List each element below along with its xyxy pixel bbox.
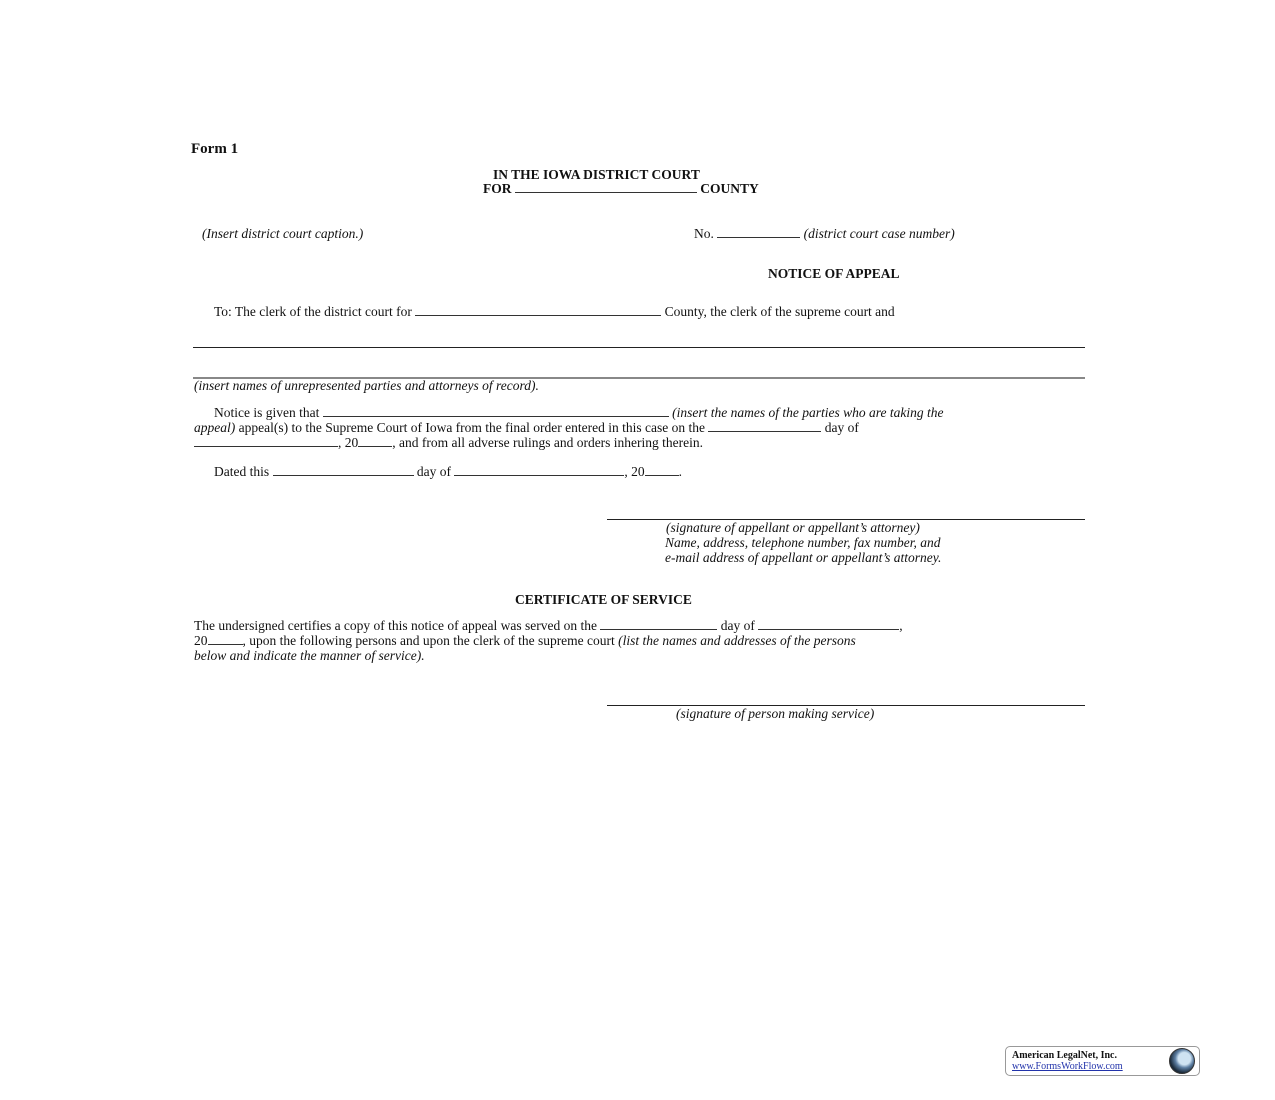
certificate-line-1: The undersigned certifies a copy of this… bbox=[194, 618, 903, 633]
court-heading: IN THE IOWA DISTRICT COURT bbox=[493, 167, 700, 182]
appealing-parties-hint: (insert the names of the parties who are… bbox=[672, 405, 943, 420]
service-year-field[interactable] bbox=[208, 633, 243, 645]
logo-url-link[interactable]: www.FormsWorkFlow.com bbox=[1012, 1061, 1123, 1072]
to-prefix: To: The clerk of the district court for bbox=[214, 304, 412, 319]
appellant-signature-hint: (signature of appellant or appellant’s a… bbox=[666, 520, 920, 535]
dated-day-field[interactable] bbox=[273, 464, 414, 476]
notice-line-3: , 20, and from all adverse rulings and o… bbox=[194, 435, 703, 450]
county-heading: FOR COUNTY bbox=[483, 181, 759, 196]
notice-body: appeal(s) to the Supreme Court of Iowa f… bbox=[239, 420, 705, 435]
dated-prefix: Dated this bbox=[214, 464, 269, 479]
notice-tail: , and from all adverse rulings and order… bbox=[392, 435, 703, 450]
service-month-field[interactable] bbox=[758, 618, 899, 630]
certificate-title: CERTIFICATE OF SERVICE bbox=[515, 592, 692, 607]
certificate-line-2: 20, upon the following persons and upon … bbox=[194, 633, 856, 648]
county-name-field[interactable] bbox=[515, 181, 697, 193]
service-day-of: day of bbox=[721, 618, 755, 633]
dated-year-prefix: , 20 bbox=[624, 464, 644, 479]
notice-prefix: Notice is given that bbox=[214, 405, 319, 420]
order-year-field[interactable] bbox=[358, 435, 392, 447]
to-line: To: The clerk of the district court for … bbox=[214, 304, 895, 319]
service-year-prefix: 20 bbox=[194, 633, 208, 648]
appellant-contact-hint-1: Name, address, telephone number, fax num… bbox=[665, 535, 940, 550]
parties-hint: (insert names of unrepresented parties a… bbox=[194, 378, 539, 393]
dated-day-of: day of bbox=[417, 464, 451, 479]
caption-hint: (Insert district court caption.) bbox=[202, 226, 363, 241]
order-day-of: day of bbox=[825, 420, 859, 435]
service-signature-hint: (signature of person making service) bbox=[676, 706, 874, 721]
notice-line-1: Notice is given that (insert the names o… bbox=[214, 405, 1086, 420]
county-suffix: COUNTY bbox=[700, 181, 759, 196]
order-year-prefix: , 20 bbox=[338, 435, 358, 450]
dated-end: . bbox=[679, 464, 682, 479]
service-day-field[interactable] bbox=[600, 618, 717, 630]
certificate-hint-1: (list the names and addresses of the per… bbox=[618, 633, 856, 648]
dated-year-field[interactable] bbox=[645, 464, 679, 476]
order-day-field[interactable] bbox=[708, 420, 821, 432]
logo-company-name: American LegalNet, Inc. bbox=[1012, 1050, 1117, 1061]
service-comma: , bbox=[899, 618, 902, 633]
case-number-row: No. (district court case number) bbox=[694, 226, 955, 241]
form-label: Form 1 bbox=[191, 141, 238, 158]
case-number-label: No. bbox=[694, 226, 714, 241]
dated-month-field[interactable] bbox=[454, 464, 624, 476]
to-suffix: County, the clerk of the supreme court a… bbox=[665, 304, 895, 319]
appellant-contact-hint-2: e-mail address of appellant or appellant… bbox=[665, 550, 941, 565]
certificate-hint-2: below and indicate the manner of service… bbox=[194, 648, 425, 663]
notice-title: NOTICE OF APPEAL bbox=[768, 266, 900, 281]
case-number-hint: (district court case number) bbox=[804, 226, 955, 241]
dated-line: Dated this day of , 20. bbox=[214, 464, 682, 479]
case-number-field[interactable] bbox=[717, 226, 800, 238]
appeal-hint: appeal) bbox=[194, 420, 235, 435]
footer-logo[interactable]: American LegalNet, Inc. www.FormsWorkFlo… bbox=[1005, 1046, 1200, 1076]
parties-line-1[interactable] bbox=[193, 347, 1085, 348]
certificate-text-1: The undersigned certifies a copy of this… bbox=[194, 618, 597, 633]
notice-line-2: appeal) appeal(s) to the Supreme Court o… bbox=[194, 420, 859, 435]
certificate-text-2: , upon the following persons and upon th… bbox=[243, 633, 615, 648]
order-month-field[interactable] bbox=[194, 435, 338, 447]
county-prefix: FOR bbox=[483, 181, 512, 196]
globe-icon bbox=[1169, 1048, 1195, 1074]
district-county-field[interactable] bbox=[415, 304, 661, 316]
appealing-parties-field[interactable] bbox=[323, 405, 669, 417]
